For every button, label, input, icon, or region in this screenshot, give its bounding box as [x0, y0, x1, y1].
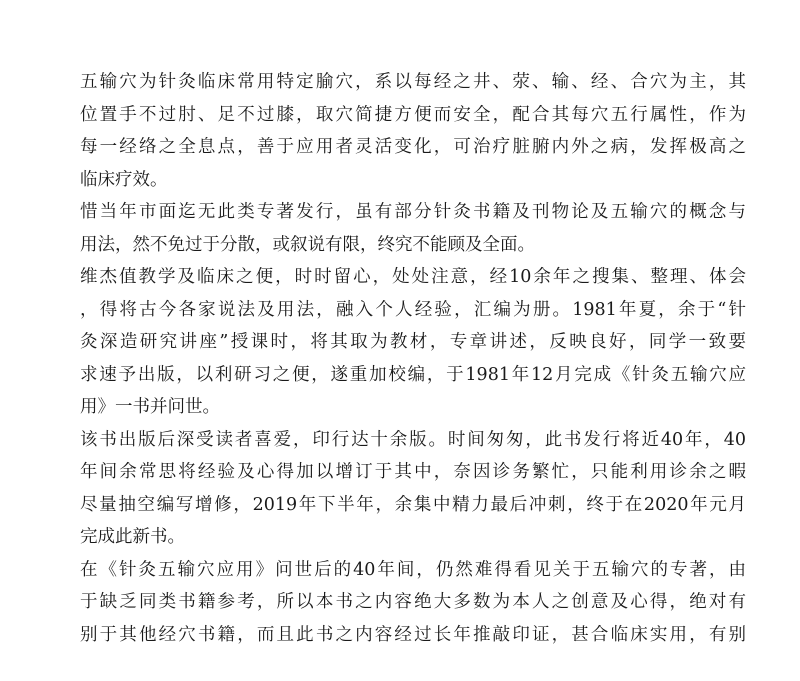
text-line: 灸深造研究讲座”授课时，将其取为教材，专章讲述，反映良好，同学一致要	[80, 326, 746, 359]
text-line: 临床疗效。	[80, 164, 746, 197]
paragraph-3: 维杰值教学及临床之便，时时留心，处处注意，经10余年之搜集、整理、体会 ，得将古…	[80, 261, 746, 424]
text-line: 维杰值教学及临床之便，时时留心，处处注意，经10余年之搜集、整理、体会	[80, 261, 746, 294]
text-line: 位置手不过肘、足不过膝，取穴简捷方便而安全，配合其每穴五行属性，作为	[80, 99, 746, 132]
text-line: 用》一书并问世。	[80, 391, 746, 424]
paragraph-1: 五输穴为针灸临床常用特定腧穴，系以每经之井、荥、输、经、合穴为主，其 位置手不过…	[80, 66, 746, 196]
text-line: 完成此新书。	[80, 521, 746, 554]
text-line: 五输穴为针灸临床常用特定腧穴，系以每经之井、荥、输、经、合穴为主，其	[80, 66, 746, 99]
text-line: 别于其他经穴书籍，而且此书之内容经过长年推敲印证，甚合临床实用，有别	[80, 619, 746, 652]
text-line: 每一经络之全息点，善于应用者灵活变化，可治疗脏腑内外之病，发挥极高之	[80, 131, 746, 164]
text-line: 惜当年市面迄无此类专著发行，虽有部分针灸书籍及刊物论及五输穴的概念与	[80, 196, 746, 229]
text-line: 求速予出版，以利研习之便，遂重加校编，于1981年12月完成《针灸五输穴应	[80, 359, 746, 392]
paragraph-2: 惜当年市面迄无此类专著发行，虽有部分针灸书籍及刊物论及五输穴的概念与 用法，然不…	[80, 196, 746, 261]
text-line: 该书出版后深受读者喜爱，印行达十余版。时间匆匆，此书发行将近40年，40	[80, 424, 746, 457]
text-line: 用法，然不免过于分散，或叙说有限，终究不能顾及全面。	[80, 229, 746, 262]
paragraph-4: 该书出版后深受读者喜爱，印行达十余版。时间匆匆，此书发行将近40年，40 年间余…	[80, 424, 746, 554]
document-body: 五输穴为针灸临床常用特定腧穴，系以每经之井、荥、输、经、合穴为主，其 位置手不过…	[80, 66, 746, 651]
text-line: ，得将古今各家说法及用法，融入个人经验，汇编为册。1981年夏，余于“针	[80, 294, 746, 327]
text-line: 于缺乏同类书籍参考，所以本书之内容绝大多数为本人之创意及心得，绝对有	[80, 586, 746, 619]
paragraph-5: 在《针灸五输穴应用》问世后的40年间，仍然难得看见关于五输穴的专著，由 于缺乏同…	[80, 554, 746, 652]
text-line: 尽量抽空编写增修，2019年下半年，余集中精力最后冲刺，终于在2020年元月	[80, 489, 746, 522]
text-line: 年间余常思将经验及心得加以增订于其中，奈因诊务繁忙，只能利用诊余之暇	[80, 456, 746, 489]
text-line: 在《针灸五输穴应用》问世后的40年间，仍然难得看见关于五输穴的专著，由	[80, 554, 746, 587]
